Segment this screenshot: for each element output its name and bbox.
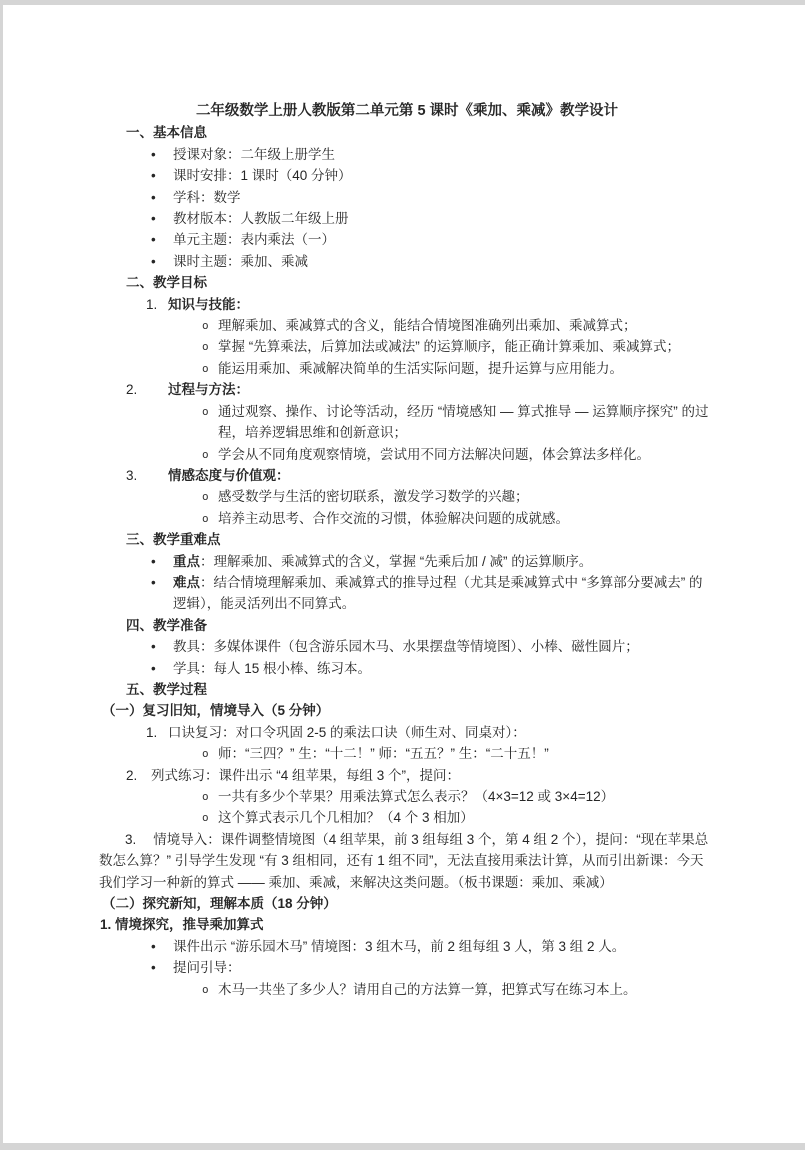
- bullet-icon: •: [151, 936, 156, 957]
- sub-list-item: o 掌握 “先算乘法，后算加法或减法” 的运算顺序，能正确计算乘加、乘减算式；: [99, 336, 715, 357]
- circle-bullet-icon: o: [202, 486, 209, 507]
- list-number: 1.: [146, 722, 157, 743]
- document-content: 二年级数学上册人教版第二单元第 5 课时《乘加、乘减》教学设计 一、基本信息 •…: [99, 5, 715, 1000]
- section-heading-process: 五、教学过程: [99, 679, 715, 700]
- list-item-text: 掌握 “先算乘法，后算加法或减法” 的运算顺序，能正确计算乘加、乘减算式；: [218, 339, 680, 354]
- list-item-text: 这个算式表示几个几相加？（4 个 3 相加）: [218, 810, 474, 825]
- sub-list-item: o 学会从不同角度观察情境，尝试用不同方法解决问题，体会算法多样化。: [99, 444, 715, 465]
- list-item-text: 口诀复习：对口令巩固 2-5 的乘法口诀（师生对、同桌对）：: [168, 725, 526, 740]
- sub-list-item: o 这个算式表示几个几相加？（4 个 3 相加）: [99, 807, 715, 828]
- circle-bullet-icon: o: [202, 743, 209, 764]
- list-item: • 学科：数学: [99, 187, 715, 208]
- list-item-text: 师：“三四？” 生：“十二！” 师：“五五？” 生：“二十五！”: [218, 746, 549, 761]
- circle-bullet-icon: o: [202, 807, 209, 828]
- list-item-text: 学具：每人 15 根小棒、练习本。: [173, 661, 371, 676]
- circle-bullet-icon: o: [202, 444, 209, 465]
- sub-list-item: o 能运用乘加、乘减解决简单的生活实际问题，提升运算与应用能力。: [99, 358, 715, 379]
- bullet-icon: •: [151, 187, 156, 208]
- list-item: • 难点：结合情境理解乘加、乘减算式的推导过程（尤其是乘减算式中 “多算部分要减…: [99, 572, 715, 615]
- circle-bullet-icon: o: [202, 786, 209, 807]
- list-item-text: 能运用乘加、乘减解决简单的生活实际问题，提升运算与应用能力。: [218, 361, 623, 376]
- sub-list-item: o 培养主动思考、合作交流的习惯，体验解决问题的成就感。: [99, 508, 715, 529]
- sub-list-item: o 一共有多少个苹果？用乘法算式怎么表示？（4×3=12 或 3×4=12）: [99, 786, 715, 807]
- list-item-text: 感受数学与生活的密切联系，激发学习数学的兴趣；: [218, 489, 529, 504]
- numbered-item: 2. 过程与方法：: [99, 379, 715, 400]
- list-number: 2.: [126, 379, 137, 400]
- list-item-text: 列式练习：课件出示 “4 组苹果，每组 3 个”，提问：: [151, 768, 460, 783]
- list-item: • 授课对象：二年级上册学生: [99, 144, 715, 165]
- list-item-text: 教材版本：人教版二年级上册: [173, 211, 349, 226]
- circle-bullet-icon: o: [202, 508, 209, 529]
- numbered-item: 2. 列式练习：课件出示 “4 组苹果，每组 3 个”，提问：: [99, 765, 715, 786]
- list-item-text: 学会从不同角度观察情境，尝试用不同方法解决问题，体会算法多样化。: [218, 447, 650, 462]
- sub-list-item: o 理解乘加、乘减算式的含义，能结合情境图准确列出乘加、乘减算式；: [99, 315, 715, 336]
- circle-bullet-icon: o: [202, 358, 209, 379]
- bullet-icon: •: [151, 229, 156, 250]
- list-item: • 重点：理解乘加、乘减算式的含义，掌握 “先乘后加 / 减” 的运算顺序。: [99, 551, 715, 572]
- list-item: • 课件出示 “游乐园木马” 情境图：3 组木马，前 2 组每组 3 人，第 3…: [99, 936, 715, 957]
- section-heading-preparation: 四、教学准备: [99, 615, 715, 636]
- bullet-icon: •: [151, 957, 156, 978]
- list-item: • 提问引导：: [99, 957, 715, 978]
- list-item-text: 单元主题：表内乘法（一）: [173, 232, 335, 247]
- list-item-text: 理解乘加、乘减算式的含义，能结合情境图准确列出乘加、乘减算式；: [218, 318, 637, 333]
- list-item: • 学具：每人 15 根小棒、练习本。: [99, 658, 715, 679]
- list-item-text: 木马一共坐了多少人？请用自己的方法算一算，把算式写在练习本上。: [218, 982, 637, 997]
- list-item-text: 授课对象：二年级上册学生: [173, 147, 335, 162]
- bullet-icon: •: [151, 144, 156, 165]
- circle-bullet-icon: o: [202, 336, 209, 357]
- circle-bullet-icon: o: [202, 401, 209, 422]
- list-item-label: 过程与方法：: [168, 382, 249, 397]
- list-item-text: 通过观察、操作、讨论等活动，经历 “情境感知 — 算式推导 — 运算顺序探究” …: [218, 404, 709, 440]
- subsection-heading-explore-new: （二）探究新知，理解本质（18 分钟）: [99, 893, 715, 914]
- circle-bullet-icon: o: [202, 315, 209, 336]
- list-number: 3.: [125, 832, 136, 847]
- bullet-icon: •: [151, 165, 156, 186]
- paragraph-situation-intro: 3.情境导入：课件调整情境图（4 组苹果，前 3 组每组 3 个，第 4 组 2…: [99, 829, 715, 893]
- list-number: 1.: [146, 294, 157, 315]
- list-number: 2.: [126, 765, 137, 786]
- list-item-label: 情感态度与价值观：: [168, 468, 290, 483]
- numbered-item: 1. 口诀复习：对口令巩固 2-5 的乘法口诀（师生对、同桌对）：: [99, 722, 715, 743]
- list-item-text: 培养主动思考、合作交流的习惯，体验解决问题的成就感。: [218, 511, 569, 526]
- list-item-label: 难点: [173, 575, 200, 590]
- section-heading-objectives: 二、教学目标: [99, 272, 715, 293]
- list-item: • 教具：多媒体课件（包含游乐园木马、水果摆盘等情境图）、小棒、磁性圆片；: [99, 636, 715, 657]
- doc-title: 二年级数学上册人教版第二单元第 5 课时《乘加、乘减》教学设计: [99, 101, 715, 122]
- list-item: • 课时主题：乘加、乘减: [99, 251, 715, 272]
- list-item-text: 学科：数学: [173, 190, 241, 205]
- sub-list-item: o 感受数学与生活的密切联系，激发学习数学的兴趣；: [99, 486, 715, 507]
- numbered-item: 3. 情感态度与价值观：: [99, 465, 715, 486]
- list-item-text: ：理解乘加、乘减算式的含义，掌握 “先乘后加 / 减” 的运算顺序。: [200, 554, 592, 569]
- list-item-text: 课时主题：乘加、乘减: [173, 254, 308, 269]
- bullet-icon: •: [151, 251, 156, 272]
- list-item-text: ：结合情境理解乘加、乘减算式的推导过程（尤其是乘减算式中 “多算部分要减去” 的…: [173, 575, 703, 611]
- paragraph-text: 情境导入：课件调整情境图（4 组苹果，前 3 组每组 3 个，第 4 组 2 个…: [99, 832, 708, 890]
- bullet-icon: •: [151, 636, 156, 657]
- bullet-icon: •: [151, 551, 156, 572]
- list-item: • 单元主题：表内乘法（一）: [99, 229, 715, 250]
- sub-list-item: o 师：“三四？” 生：“十二！” 师：“五五？” 生：“二十五！”: [99, 743, 715, 764]
- list-item-text: 提问引导：: [173, 960, 241, 975]
- list-item-text: 一共有多少个苹果？用乘法算式怎么表示？（4×3=12 或 3×4=12）: [218, 789, 614, 804]
- list-item-text: 课件出示 “游乐园木马” 情境图：3 组木马，前 2 组每组 3 人，第 3 组…: [173, 939, 625, 954]
- activity-heading-situation-explore: 1. 情境探究，推导乘加算式: [99, 914, 715, 935]
- subsection-heading-review-intro: （一）复习旧知，情境导入（5 分钟）: [99, 700, 715, 721]
- sub-list-item: o 通过观察、操作、讨论等活动，经历 “情境感知 — 算式推导 — 运算顺序探究…: [99, 401, 715, 444]
- list-item-label: 知识与技能：: [168, 297, 249, 312]
- bullet-icon: •: [151, 572, 156, 593]
- list-item-label: 重点: [173, 554, 200, 569]
- sub-list-item: o 木马一共坐了多少人？请用自己的方法算一算，把算式写在练习本上。: [99, 979, 715, 1000]
- section-heading-basic-info: 一、基本信息: [99, 122, 715, 143]
- bullet-icon: •: [151, 658, 156, 679]
- list-item-text: 教具：多媒体课件（包含游乐园木马、水果摆盘等情境图）、小棒、磁性圆片；: [173, 639, 639, 654]
- list-item: • 教材版本：人教版二年级上册: [99, 208, 715, 229]
- circle-bullet-icon: o: [202, 979, 209, 1000]
- list-number: 3.: [126, 465, 137, 486]
- numbered-item: 1. 知识与技能：: [99, 294, 715, 315]
- document-page: 二年级数学上册人教版第二单元第 5 课时《乘加、乘减》教学设计 一、基本信息 •…: [3, 5, 805, 1143]
- list-item-text: 课时安排：1 课时（40 分钟）: [173, 168, 352, 183]
- section-heading-key-points: 三、教学重难点: [99, 529, 715, 550]
- list-item: • 课时安排：1 课时（40 分钟）: [99, 165, 715, 186]
- bullet-icon: •: [151, 208, 156, 229]
